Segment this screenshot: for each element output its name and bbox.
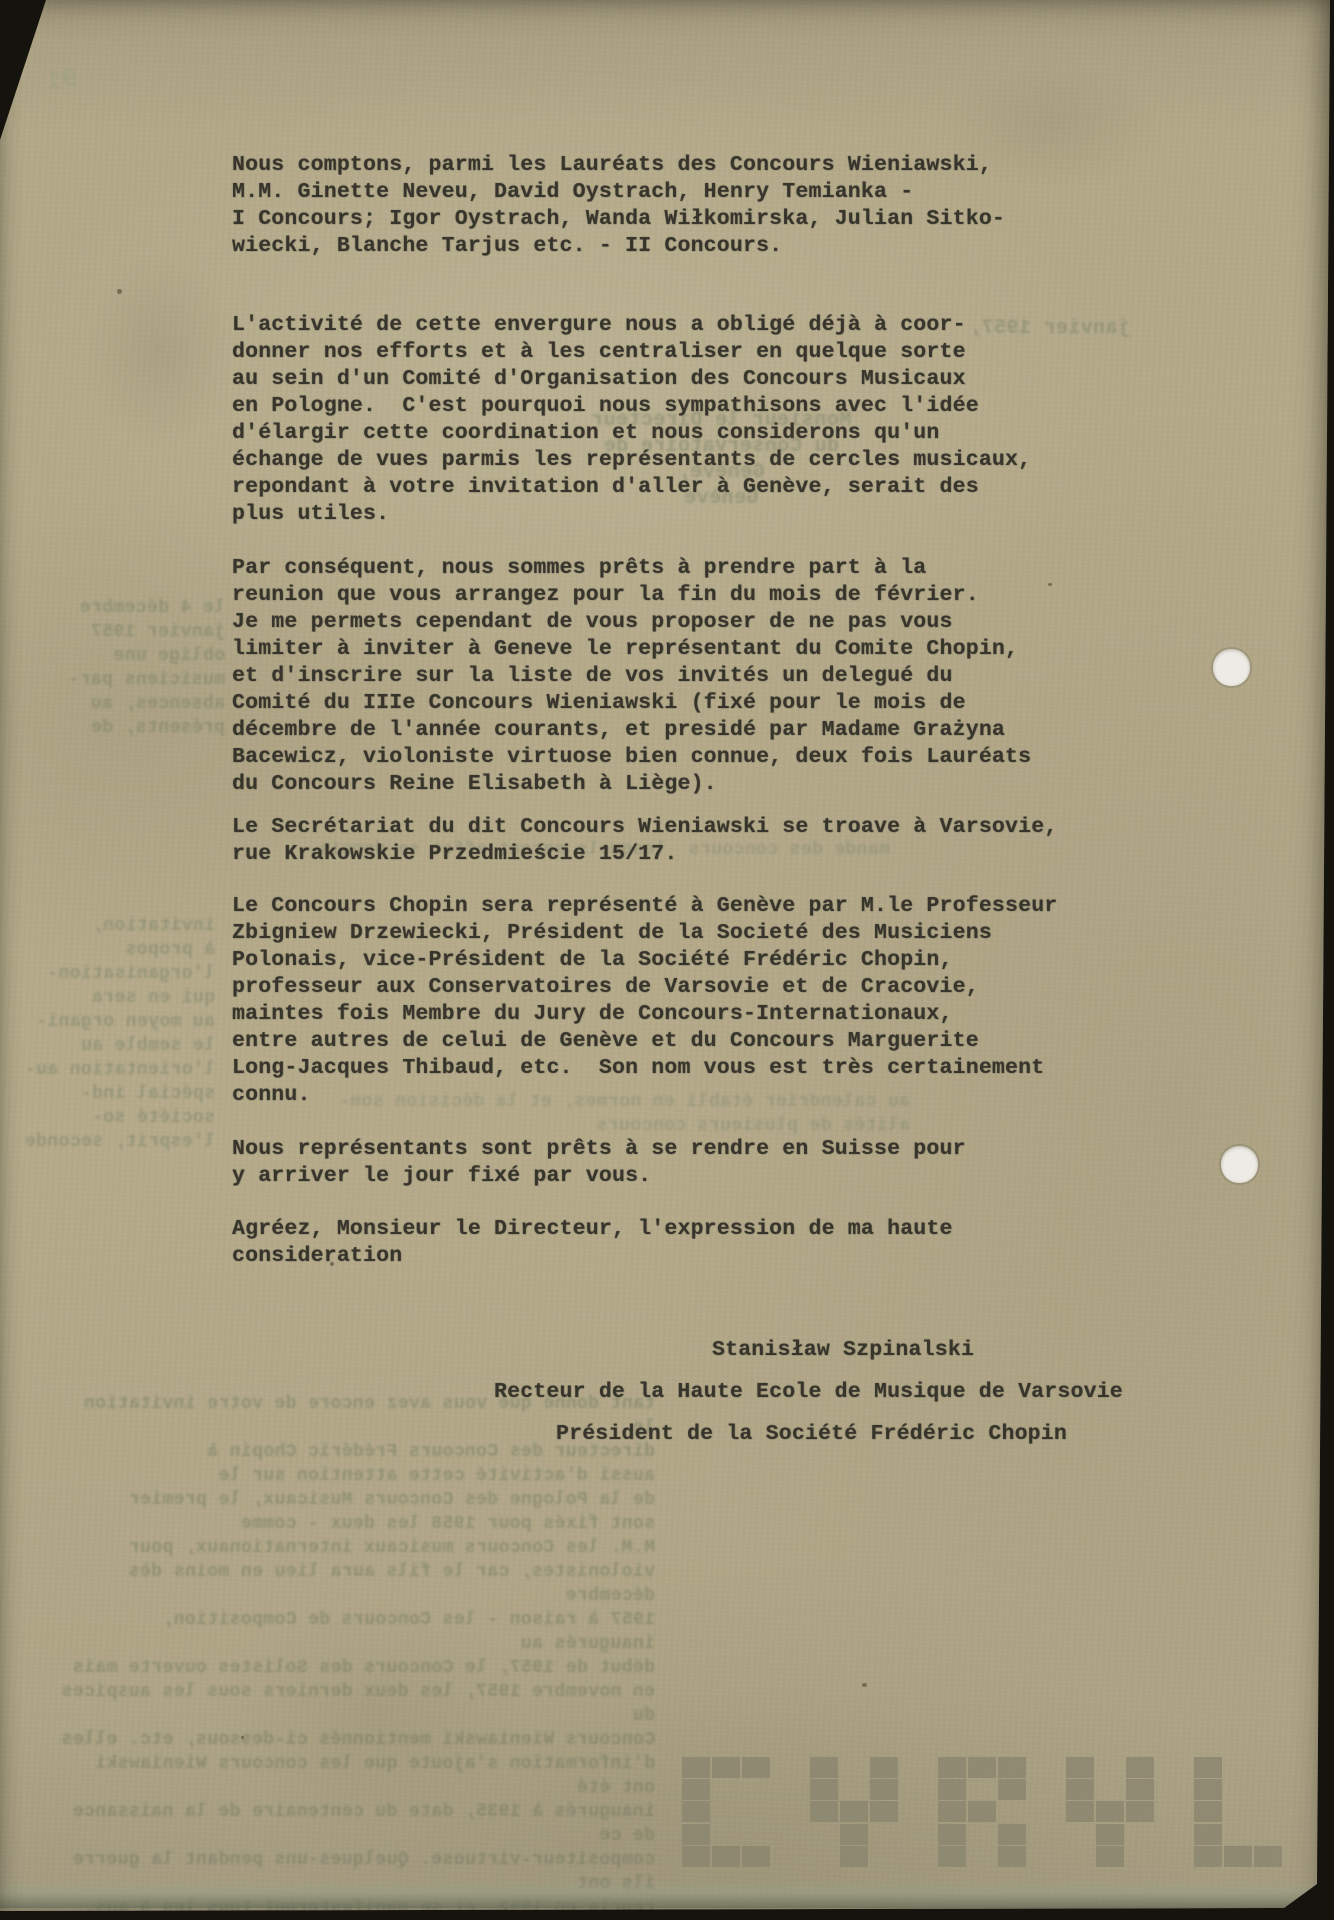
watermark-block — [810, 1779, 838, 1800]
watermark-letter — [1066, 1757, 1154, 1867]
watermark-block — [840, 1801, 868, 1822]
watermark-block — [968, 1757, 996, 1778]
watermark-block — [1126, 1779, 1154, 1800]
watermark-block — [682, 1824, 710, 1845]
bleedthrough-margin-upper: le 4 décembre janvier 1957 oblige une mu… — [30, 596, 225, 740]
signature-title-rector: Recteur de la Haute Ecole de Musique de … — [494, 1379, 1123, 1406]
paper-speck — [241, 1736, 244, 1739]
watermark-block — [938, 1801, 966, 1822]
watermark-block — [1194, 1846, 1222, 1867]
watermark-block — [810, 1801, 838, 1822]
paper-stain — [160, 1560, 580, 1860]
paragraph-representatives: Nous représentants sont prêts à se rendr… — [232, 1136, 1112, 1190]
paragraph-activity: L'activité de cette envergure nous a obl… — [232, 312, 1112, 528]
watermark-letter — [682, 1757, 770, 1867]
watermark-block — [742, 1757, 770, 1778]
watermark-block — [1126, 1801, 1154, 1822]
watermark-block — [682, 1801, 710, 1822]
watermark-block — [1066, 1801, 1094, 1822]
punch-hole — [1221, 1146, 1258, 1183]
watermark-block — [998, 1824, 1026, 1845]
watermark-block — [870, 1779, 898, 1800]
watermark-block — [938, 1779, 966, 1800]
watermark-block — [998, 1779, 1026, 1800]
watermark-block — [938, 1757, 966, 1778]
paper-sheet: 91 janvier 1957, Monsieur le Directeur d… — [0, 0, 1334, 1920]
bleedthrough-bottom-block: tant donné que vous avez encore de votre… — [55, 1392, 655, 1920]
watermark-block — [810, 1757, 838, 1778]
bleedthrough-margin-lower: invitation, à propos l'organisation- qui… — [0, 914, 215, 1154]
watermark-block — [1194, 1757, 1222, 1778]
corner-mark: 91 — [44, 64, 80, 98]
paper-stain — [60, 220, 260, 480]
watermark-block — [1066, 1779, 1094, 1800]
watermark-block — [712, 1846, 740, 1867]
signature-title-president: Président de la Société Frédéric Chopin — [556, 1421, 1067, 1448]
watermark-letter — [938, 1757, 1026, 1867]
watermark-letter — [810, 1757, 898, 1867]
signature-name: Stanisław Szpinalski — [712, 1337, 974, 1364]
watermark-block — [1254, 1846, 1282, 1867]
paragraph-laureates: Nous comptons, parmi les Lauréats des Co… — [232, 152, 1092, 260]
watermark-block — [682, 1779, 710, 1800]
paragraph-secretariat: Le Secrétariat du dit Concours Wieniawsk… — [232, 814, 1112, 868]
watermark-block — [1066, 1757, 1094, 1778]
paragraph-chopin-delegation: Le Concours Chopin sera représenté à Gen… — [232, 893, 1132, 1109]
watermark-block — [1096, 1824, 1124, 1845]
cyryl-watermark — [682, 1757, 1322, 1867]
watermark-block — [1224, 1846, 1252, 1867]
watermark-block — [968, 1801, 996, 1822]
paragraph-closing: Agréez, Monsieur le Directeur, l'express… — [232, 1216, 1112, 1270]
watermark-block — [998, 1757, 1026, 1778]
watermark-block — [998, 1846, 1026, 1867]
watermark-block — [1194, 1824, 1222, 1845]
watermark-block — [870, 1801, 898, 1822]
watermark-block — [1126, 1757, 1154, 1778]
paragraph-reunion-proposal: Par conséquent, nous sommes prêts à pren… — [232, 555, 1112, 798]
watermark-letter — [1194, 1757, 1282, 1867]
watermark-block — [840, 1824, 868, 1845]
scanned-letter-page: 91 janvier 1957, Monsieur le Directeur d… — [0, 0, 1334, 1920]
watermark-block — [840, 1846, 868, 1867]
watermark-block — [1194, 1779, 1222, 1800]
watermark-block — [938, 1824, 966, 1845]
watermark-block — [1096, 1801, 1124, 1822]
paper-speck — [862, 1683, 867, 1687]
watermark-block — [1096, 1846, 1124, 1867]
watermark-block — [682, 1846, 710, 1867]
watermark-block — [1194, 1801, 1222, 1822]
watermark-block — [870, 1757, 898, 1778]
paper-speck — [117, 289, 122, 294]
watermark-block — [712, 1757, 740, 1778]
watermark-block — [682, 1757, 710, 1778]
watermark-block — [742, 1846, 770, 1867]
watermark-block — [938, 1846, 966, 1867]
punch-hole — [1213, 649, 1250, 686]
paper-bottom-edge — [0, 1880, 1334, 1908]
